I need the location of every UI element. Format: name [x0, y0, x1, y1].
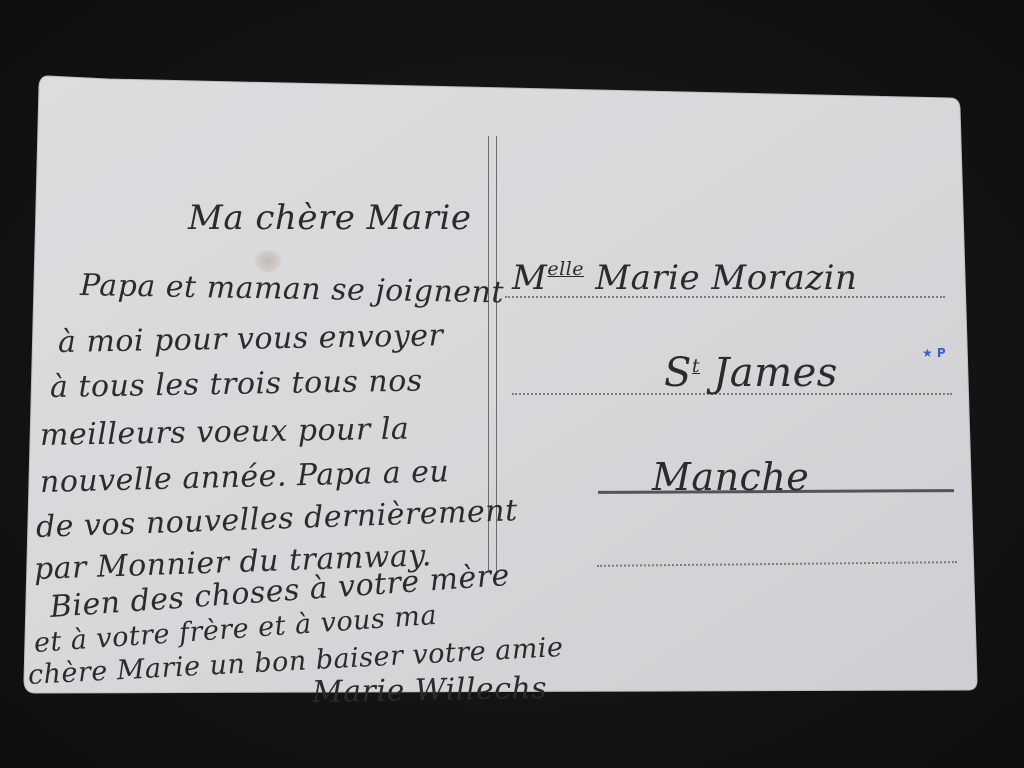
address-title-suffix: elle	[547, 258, 584, 280]
address-recipient: Melle Marie Morazin	[512, 258, 857, 298]
address-town-suffix: t	[692, 355, 700, 377]
blue-star-p-mark: ★ P	[922, 346, 946, 360]
address-department: Manche	[652, 455, 809, 499]
message-line: Papa et maman se joignent	[80, 268, 505, 310]
message-line: meilleurs voeux pour la	[40, 412, 410, 453]
message-signature: Marie Willechs	[312, 671, 548, 710]
address-name: Marie Morazin	[595, 258, 857, 298]
message-line: à tous les trois tous nos	[50, 363, 423, 404]
address-title-prefix: M	[512, 258, 547, 298]
message-salutation: Ma chère Marie	[188, 198, 471, 238]
address-town: St James	[664, 350, 838, 396]
postcard: Ma chère Marie Papa et maman se joignent…	[0, 0, 1024, 768]
message-line: à moi pour vous envoyer	[58, 318, 444, 360]
paper-stain	[255, 250, 281, 272]
address-town-name: James	[713, 350, 838, 396]
address-town-prefix: S	[664, 350, 692, 396]
